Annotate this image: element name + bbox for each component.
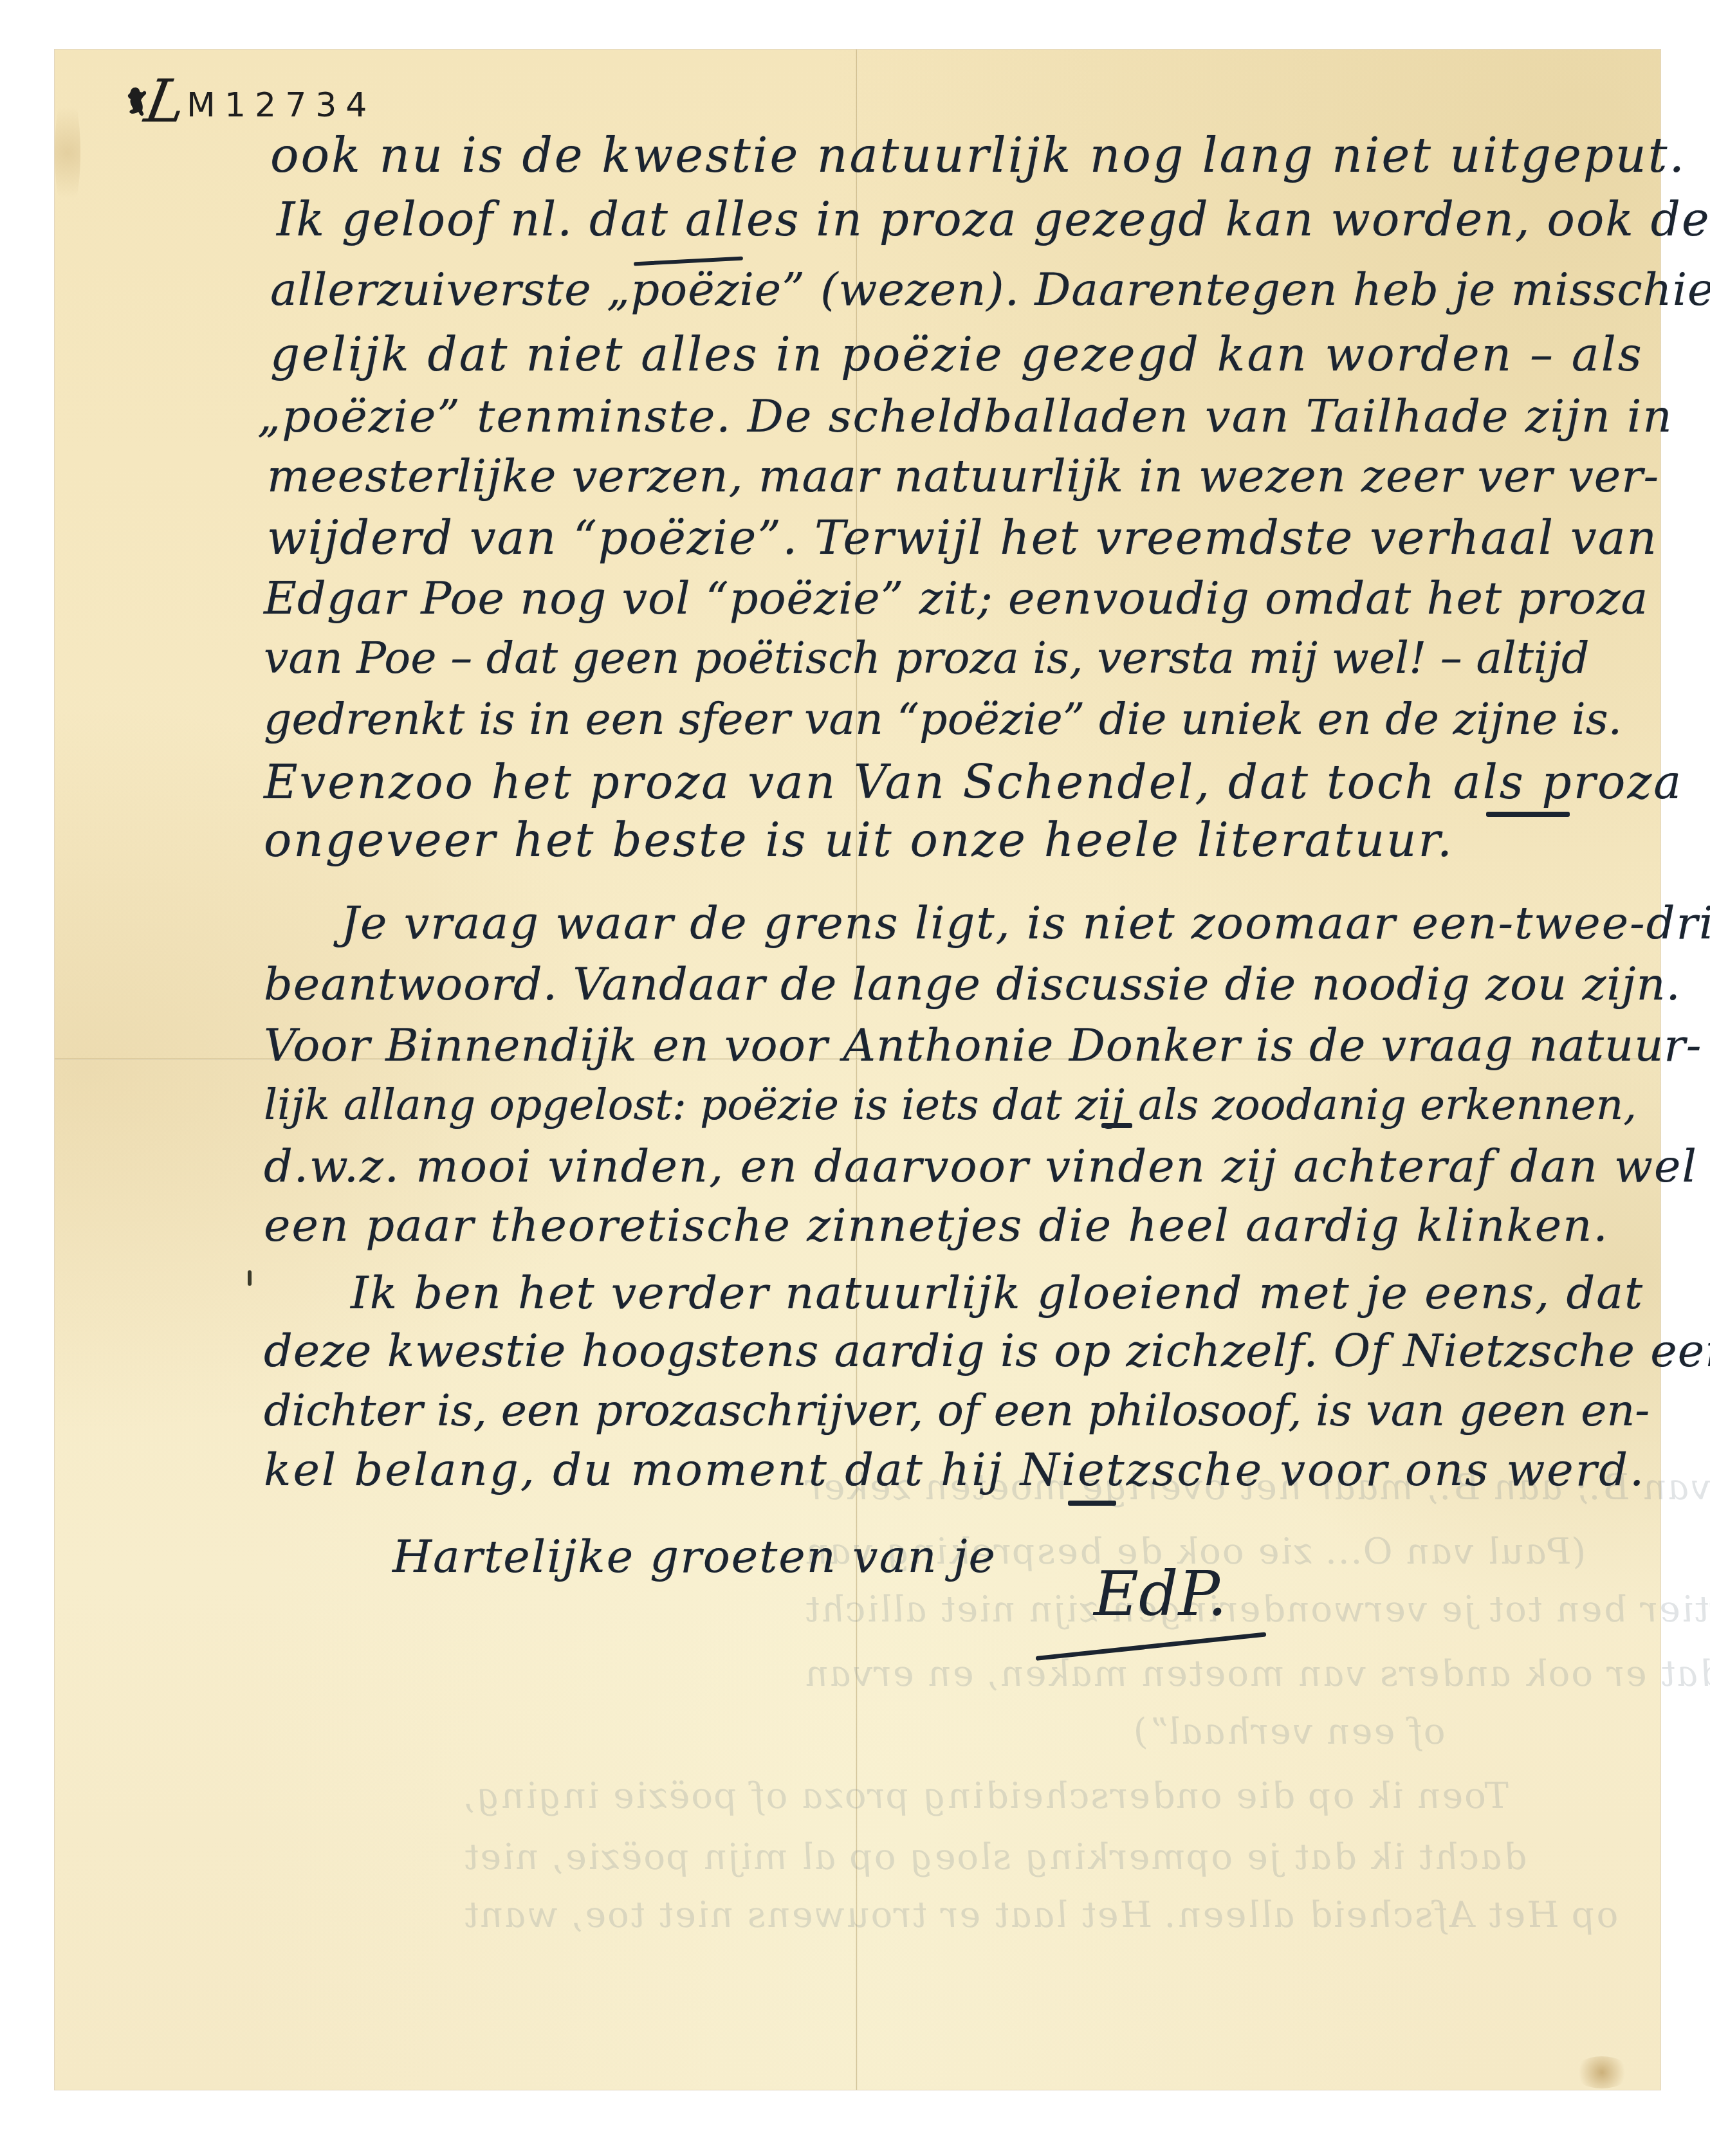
text-line: gedrenkt is in een sfeer van “poëzie” di… <box>264 698 1622 742</box>
text-line: gelijk dat niet alles in poëzie gezegd k… <box>270 331 1644 378</box>
text-line: Evenzoo het proza van Van Schendel, dat … <box>264 759 1683 805</box>
text-line: Je vraag waar de grens ligt, is niet zoo… <box>341 900 1710 946</box>
underline-proza <box>1486 812 1570 817</box>
margin-mark <box>248 1270 252 1286</box>
text-line: allerzuiverste „poëzie” (wezen). Daarent… <box>270 267 1710 312</box>
text-line: Voor Binnendijk en voor Anthonie Donker … <box>264 1023 1702 1068</box>
text-line: ongeveer het beste is uit onze heele lit… <box>264 817 1454 863</box>
text-line: d.w.z. mooi vinden, en daarvoor vinden z… <box>264 1144 1698 1189</box>
text-line: wijderd van “poëzie”. Terwijl het vreemd… <box>267 515 1658 561</box>
text-line: beantwoord. Vandaar de lange discussie d… <box>264 962 1681 1007</box>
closing-greeting: Hartelijke groeten van je <box>392 1534 997 1579</box>
text-line: kel belang, du moment dat hij Nietzsche … <box>264 1447 1646 1492</box>
text-line: ook nu is de kwestie natuurlijk nog lang… <box>270 132 1686 179</box>
underline-zij <box>1101 1123 1132 1128</box>
bleed-line: of een verhaal”) <box>1129 1711 1448 1753</box>
bleed-line: dacht ik dat je opmerking sloeg op al mi… <box>460 1836 1529 1878</box>
foxing-stain <box>55 88 80 217</box>
foxing-stain <box>1573 2056 1631 2088</box>
bleed-line: op Het Afscheid alleen. Het laat er trou… <box>460 1894 1621 1936</box>
text-line: meesterlijke verzen, maar natuurlijk in … <box>267 453 1659 498</box>
stamp-monogram-m: M <box>187 86 225 125</box>
text-line: Ik ben het verder natuurlijk gloeiend me… <box>351 1270 1644 1315</box>
text-line: van Poe – dat geen poëtisch proza is, ve… <box>264 637 1589 681</box>
signature: EdP. <box>1094 1563 1227 1625</box>
text-line: Edgar Poe nog vol “poëzie” zit; eenvoudi… <box>264 576 1648 621</box>
stamp-monogram-l: L <box>141 72 190 131</box>
bleed-line: Kwartier ben tot je verwonderingen zijn … <box>801 1589 1710 1631</box>
text-line: „poëzie” tenminste. De scheldballaden va… <box>257 394 1673 439</box>
text-line: lijk allang opgelost: poëzie is iets dat… <box>264 1084 1637 1126</box>
stamp-number: M12734 <box>187 89 376 122</box>
underline-nietzsche <box>1068 1501 1116 1506</box>
bleed-line: waar je dat er ook anders van moeten mak… <box>801 1653 1710 1695</box>
text-line: Ik geloof nl. dat alles in proza gezegd … <box>277 196 1710 242</box>
text-line: deze kwestie hoogstens aardig is op zich… <box>264 1328 1710 1373</box>
bleed-line: Toen ik op die onderscheiding proza of p… <box>460 1775 1512 1817</box>
text-line: een paar theoretische zinnetjes die heel… <box>264 1203 1609 1248</box>
archive-stamp: L M12734 <box>125 72 376 131</box>
text-line: dichter is, een prozaschrijver, of een p… <box>264 1389 1650 1433</box>
